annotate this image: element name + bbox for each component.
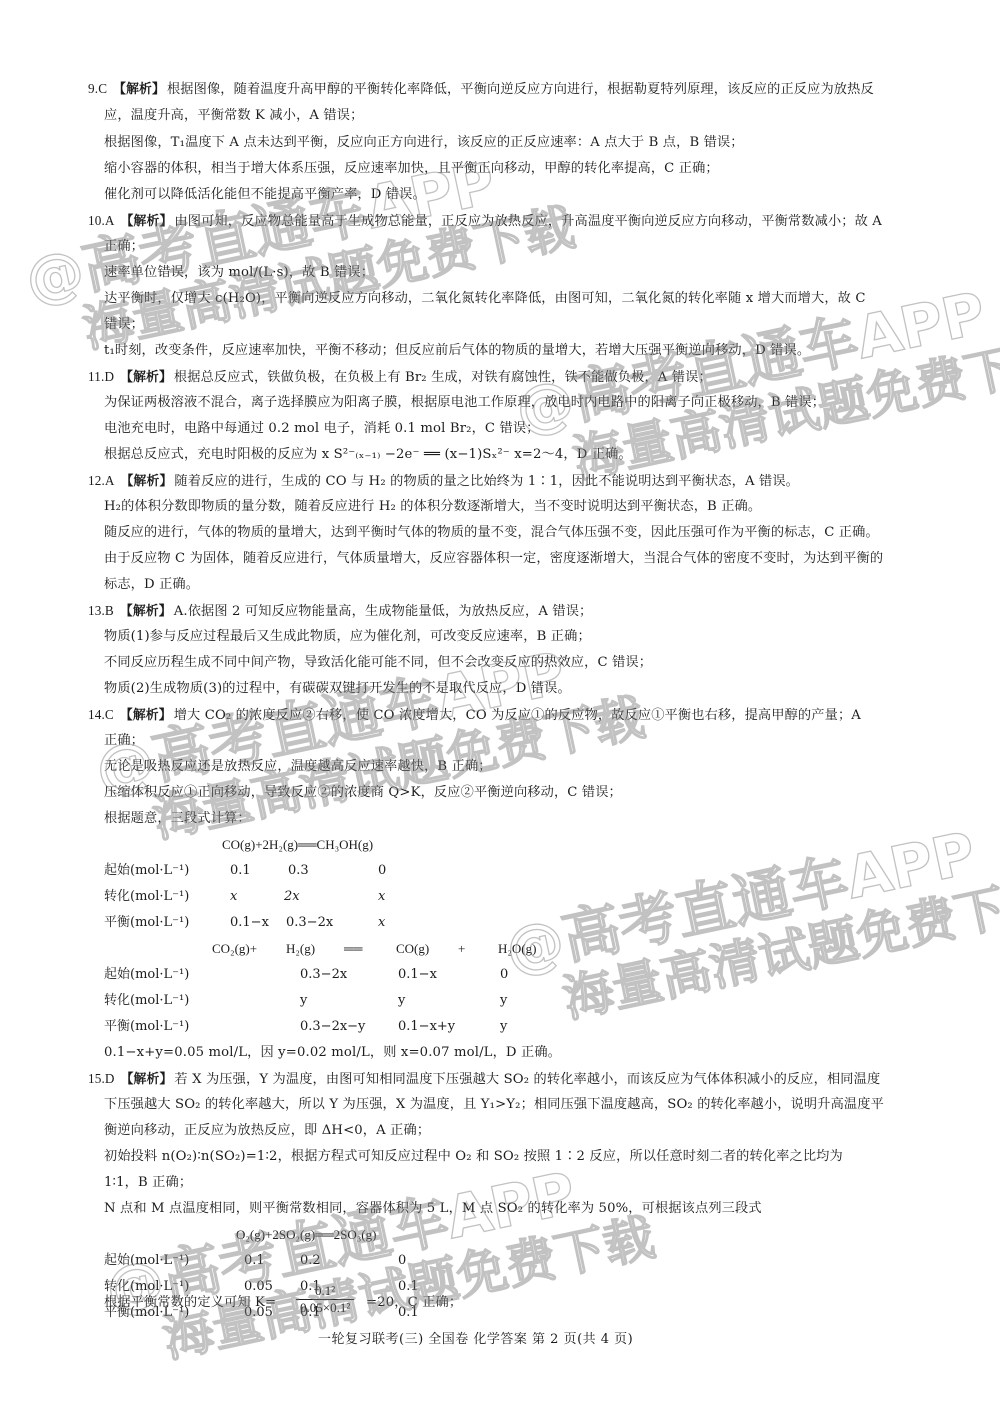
analysis-tag: 【解析】 — [120, 604, 172, 619]
text-line: 物质(1)参与反应过程最后又生成此物质，应为催化剂，可改变反应速率，B 正确； — [104, 628, 591, 646]
analysis-tag: 【解析】 — [121, 214, 173, 229]
cell: x — [230, 888, 237, 906]
cell: y — [300, 992, 307, 1010]
question-number: 9.C — [88, 81, 107, 96]
text-line: 根据总反应式，充电时阳极的反应为 x S²⁻₍ₓ₋₁₎ −2e⁻ ══ (x−1… — [104, 446, 632, 464]
cell: 2x — [284, 888, 300, 906]
analysis-tag: 【解析】 — [120, 370, 172, 385]
row-label: 转化(mol·L⁻¹) — [104, 888, 189, 906]
question-number: 11.D — [88, 369, 114, 384]
cell: y — [398, 992, 405, 1010]
row-label: 起始(mol·L⁻¹) — [104, 1252, 189, 1270]
text-line: 正确； — [104, 238, 144, 256]
question-number: 13.B — [88, 603, 114, 618]
text-line: N 点和 M 点温度相同，则平衡常数相同，容器体积为 5 L，M 点 SO₂ 的… — [104, 1200, 762, 1218]
cell: 0.1−x — [398, 966, 437, 984]
watermark: @高考直通车APP 海量高清试题免费下载 — [500, 806, 1000, 1037]
question-number: 12.A — [88, 473, 115, 488]
text-line: 由图可知，反应物总能量高于生成物总能量，正反应为放热反应，升高温度平衡向逆反应方… — [174, 214, 882, 229]
text-line: 压缩体积反应①正向移动，导致反应②的浓度商 Q>K，反应②平衡逆向移动，C 错误… — [104, 784, 622, 802]
text-line: 标志，D 正确。 — [104, 576, 199, 594]
text-line: 根据总反应式，铁做负极，在负极上有 Br₂ 生成，对铁有腐蚀性，铁不能做负极，A… — [174, 370, 712, 385]
cell: 0.1−x+y — [398, 1018, 455, 1036]
watermark-line-1: @高考直通车APP — [500, 806, 1000, 982]
text-line: 随反应的进行，气体的物质的量增大，达到平衡时气体的物质的量不变，混合气体压强不变… — [104, 524, 879, 542]
text-line: 物质(2)生成物质(3)的过程中，有碳碳双键打开发生的不是取代反应，D 错误。 — [104, 680, 571, 698]
text-line: 催化剂可以降低活化能但不能提高平衡产率，D 错误。 — [104, 186, 426, 204]
text-line: 根据图像，随着温度升高甲醇的平衡转化率降低，平衡向逆反应方向进行，根据勒夏特列原… — [167, 82, 874, 97]
cell: x — [378, 914, 385, 932]
text-line: 速率单位错误，该为 mol/(L·s)，故 B 错误； — [104, 264, 374, 282]
text-line: 缩小容器的体积，相当于增大体系压强，反应速率加快，且平衡正向移动，甲醇的转化率提… — [104, 160, 719, 178]
text-line: 错误； — [104, 316, 144, 334]
text-line: 电池充电时，电路中每通过 0.2 mol 电子，消耗 0.1 mol Br₂，C… — [104, 420, 540, 438]
question-number: 10.A — [88, 213, 115, 228]
eq-term: CO₂(g)+ — [212, 940, 257, 958]
text-line: 1∶1，B 正确； — [104, 1174, 192, 1192]
analysis-tag: 【解析】 — [121, 474, 173, 489]
cell: 0.1−x — [230, 914, 269, 932]
text-line: 为保证两极溶液不混合，离子选择膜应为阳离子膜，根据原电池工作原理，放电时内电路中… — [104, 394, 825, 412]
cell: 0.2 — [300, 1252, 321, 1270]
text-line: 根据题意，三段式计算： — [104, 810, 251, 828]
row-label: 起始(mol·L⁻¹) — [104, 862, 189, 880]
text-line: 根据图像，T₁温度下 A 点未达到平衡，反应向正方向进行，该反应的正反应速率：A… — [104, 134, 744, 152]
eq-arrow: ══ — [344, 940, 362, 958]
eq-term: CO(g) — [396, 940, 429, 958]
text-line: 根据平衡常数的定义可知 K= — [104, 1294, 276, 1312]
row-label: 平衡(mol·L⁻¹) — [104, 914, 189, 932]
text-line: 随着反应的进行，生成的 CO 与 H₂ 的物质的量之比始终为 1∶1，因此不能说… — [174, 474, 799, 489]
text-line: 增大 CO₂ 的浓度反应②右移，使 CO 浓度增大，CO 为反应①的反应物，故反… — [174, 708, 861, 723]
cell: 0 — [500, 966, 508, 984]
text-line: 应，温度升高，平衡常数 K 减小，A 错误； — [104, 107, 363, 125]
row-label: 起始(mol·L⁻¹) — [104, 966, 189, 984]
chemical-equation-1: CO(g)+2H₂(g)══CH₃OH(g) — [222, 836, 373, 854]
chemical-equation-3: O₂(g)+2SO₂(g)══2SO₃(g) — [236, 1226, 376, 1244]
analysis-tag: 【解析】 — [120, 708, 172, 723]
eq-term: H₂(g) — [286, 940, 315, 958]
answer-page: 9.C【解析】根据图像，随着温度升高甲醇的平衡转化率降低，平衡向逆反应方向进行，… — [0, 0, 1000, 1402]
question-number: 15.D — [88, 1071, 115, 1086]
cell: 0.3−2x — [300, 966, 347, 984]
eq-term: H₂O(g) — [498, 940, 536, 958]
fraction-denominator: 0.05×0.1² — [296, 1300, 354, 1316]
text-line: 若 X 为压强，Y 为温度，由图可知相同温度下压强越大 SO₂ 的转化率越小，而… — [174, 1072, 880, 1087]
cell: 0.1 — [244, 1252, 265, 1270]
cell: y — [500, 1018, 507, 1036]
analysis-tag: 【解析】 — [121, 1072, 173, 1087]
cell: y — [500, 992, 507, 1010]
analysis-tag: 【解析】 — [113, 82, 165, 97]
cell: 0.3−2x — [286, 914, 333, 932]
cell: 0.1 — [230, 862, 251, 880]
row-label: 平衡(mol·L⁻¹) — [104, 1018, 189, 1036]
text-line: 初始投料 n(O₂)∶n(SO₂)=1∶2，根据方程式可知反应过程中 O₂ 和 … — [104, 1148, 843, 1166]
fraction: 0.1² 0.05×0.1² — [296, 1283, 354, 1316]
cell: 0.3 — [288, 862, 309, 880]
text-line: =20，C 正确； — [366, 1294, 462, 1312]
text-line: 下压强越大 SO₂ 的转化率越大，所以 Y 为压强，X 为温度，且 Y₁>Y₂；… — [104, 1096, 884, 1114]
text-line: A.依据图 2 可知反应物能量高，生成物能量低，为放热反应，A 错误； — [174, 604, 593, 619]
text-line: t₁时刻，改变条件，反应速率加快，平衡不移动；但反应前后气体的物质的量增大，若增… — [104, 342, 810, 360]
text-line: 不同反应历程生成不同中间产物，导致活化能可能不同，但不会改变反应的热效应，C 错… — [104, 654, 652, 672]
watermark-line-2: 海量高清试题免费下载 — [558, 869, 1000, 1028]
question-number: 14.C — [88, 707, 114, 722]
cell: 0 — [398, 1252, 406, 1270]
text-line: 达平衡时，仅增大 c(H₂O)，平衡向逆反应方向移动，二氧化氮转化率降低，由图可… — [104, 290, 866, 308]
text-line: 由于反应物 C 为固体，随着反应进行，气体质量增大，反应容器体积一定，密度逐渐增… — [104, 550, 883, 568]
cell: 0.3−2x−y — [300, 1018, 365, 1036]
text-line: 正确； — [104, 732, 144, 750]
text-line: 0.1−x+y=0.05 mol/L，因 y=0.02 mol/L，则 x=0.… — [104, 1044, 561, 1062]
text-line: 无论是吸热反应还是放热反应，温度越高反应速率越快，B 正确； — [104, 758, 492, 776]
fraction-numerator: 0.1² — [296, 1283, 354, 1300]
text-line: 衡逆向移动，正反应为放热反应，即 ΔH<0，A 正确； — [104, 1122, 430, 1140]
eq-plus: + — [458, 940, 465, 958]
cell: x — [378, 888, 385, 906]
row-label: 转化(mol·L⁻¹) — [104, 992, 189, 1010]
cell: 0 — [378, 862, 386, 880]
page-footer: 一轮复习联考(三) 全国卷 化学答案 第 2 页(共 4 页) — [318, 1328, 633, 1347]
text-line: H₂的体积分数即物质的量分数，随着反应进行 H₂ 的体积分数逐渐增大，当不变时说… — [104, 498, 761, 516]
